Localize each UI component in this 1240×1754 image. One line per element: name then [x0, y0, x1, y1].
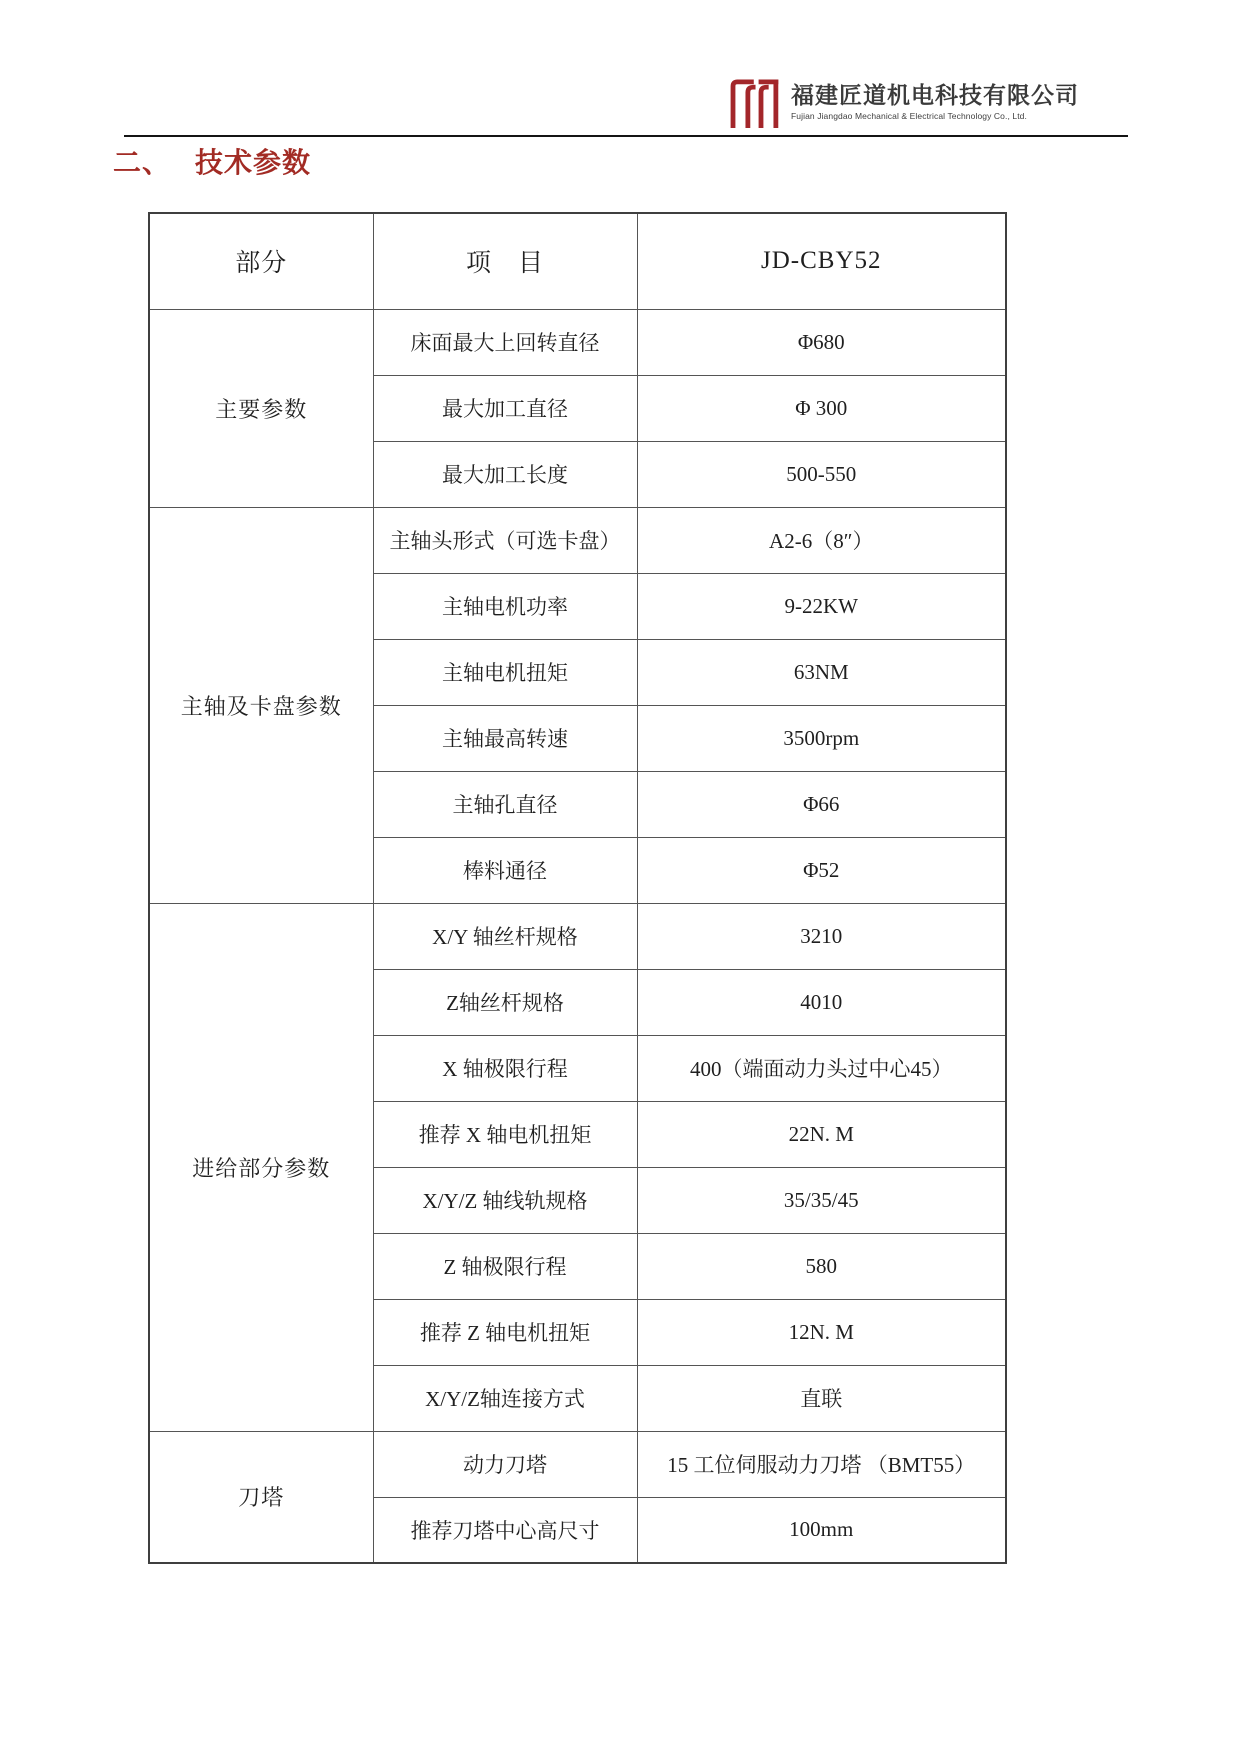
item-cell: 推荐刀塔中心高尺寸 [373, 1497, 637, 1563]
value-cell: 9-22KW [637, 573, 1006, 639]
value-cell: 15 工位伺服动力刀塔 （BMT55） [637, 1431, 1006, 1497]
group-label-cell: 主要参数 [149, 309, 373, 507]
col-header-part: 部分 [149, 213, 373, 309]
group-label-cell: 主轴及卡盘参数 [149, 507, 373, 903]
value-cell: 100mm [637, 1497, 1006, 1563]
item-cell: X/Y 轴丝杆规格 [373, 903, 637, 969]
item-cell: 主轴电机功率 [373, 573, 637, 639]
logo-text-block: 福建匠道机电科技有限公司 Fujian Jiangdao Mechanical … [791, 83, 1079, 120]
logo-mark-icon [726, 74, 782, 130]
company-logo: 福建匠道机电科技有限公司 Fujian Jiangdao Mechanical … [726, 74, 1079, 130]
company-name-en: Fujian Jiangdao Mechanical & Electrical … [791, 111, 1079, 121]
value-cell: 3500rpm [637, 705, 1006, 771]
item-cell: Z 轴极限行程 [373, 1233, 637, 1299]
company-name-zh: 福建匠道机电科技有限公司 [791, 83, 1079, 108]
value-cell: Φ 300 [637, 375, 1006, 441]
value-cell: 400（端面动力头过中心45） [637, 1035, 1006, 1101]
value-cell: 直联 [637, 1365, 1006, 1431]
value-cell: Φ66 [637, 771, 1006, 837]
value-cell: A2-6（8″） [637, 507, 1006, 573]
item-cell: X/Y/Z 轴线轨规格 [373, 1167, 637, 1233]
value-cell: 35/35/45 [637, 1167, 1006, 1233]
item-cell: 棒料通径 [373, 837, 637, 903]
value-cell: 580 [637, 1233, 1006, 1299]
value-cell: Φ52 [637, 837, 1006, 903]
header-divider [124, 135, 1128, 137]
document-page: 福建匠道机电科技有限公司 Fujian Jiangdao Mechanical … [0, 0, 1240, 1754]
item-cell: 床面最大上回转直径 [373, 309, 637, 375]
col-header-item: 项 目 [373, 213, 637, 309]
item-cell: 主轴电机扭矩 [373, 639, 637, 705]
group-label-cell: 进给部分参数 [149, 903, 373, 1431]
section-heading: 二、技术参数 [113, 141, 311, 181]
value-cell: 22N. M [637, 1101, 1006, 1167]
section-number: 二、 [113, 148, 171, 179]
table-row: 主要参数床面最大上回转直径Φ680 [149, 309, 1006, 375]
value-cell: 500-550 [637, 441, 1006, 507]
spec-table: 部分 项 目 JD-CBY52 主要参数床面最大上回转直径Φ680最大加工直径Φ… [148, 212, 1007, 1564]
item-cell: 最大加工长度 [373, 441, 637, 507]
value-cell: 4010 [637, 969, 1006, 1035]
table-row: 刀塔动力刀塔15 工位伺服动力刀塔 （BMT55） [149, 1431, 1006, 1497]
item-cell: 动力刀塔 [373, 1431, 637, 1497]
item-cell: X 轴极限行程 [373, 1035, 637, 1101]
item-cell: 主轴孔直径 [373, 771, 637, 837]
table-row: 进给部分参数X/Y 轴丝杆规格3210 [149, 903, 1006, 969]
section-title: 技术参数 [195, 148, 311, 179]
table-row: 主轴及卡盘参数主轴头形式（可选卡盘）A2-6（8″） [149, 507, 1006, 573]
item-cell: X/Y/Z轴连接方式 [373, 1365, 637, 1431]
item-cell: 推荐 X 轴电机扭矩 [373, 1101, 637, 1167]
table-header-row: 部分 项 目 JD-CBY52 [149, 213, 1006, 309]
col-header-model: JD-CBY52 [637, 213, 1006, 309]
item-cell: 主轴头形式（可选卡盘） [373, 507, 637, 573]
item-cell: 推荐 Z 轴电机扭矩 [373, 1299, 637, 1365]
value-cell: 3210 [637, 903, 1006, 969]
item-cell: 主轴最高转速 [373, 705, 637, 771]
value-cell: 63NM [637, 639, 1006, 705]
group-label-cell: 刀塔 [149, 1431, 373, 1563]
value-cell: 12N. M [637, 1299, 1006, 1365]
item-cell: Z轴丝杆规格 [373, 969, 637, 1035]
item-cell: 最大加工直径 [373, 375, 637, 441]
value-cell: Φ680 [637, 309, 1006, 375]
